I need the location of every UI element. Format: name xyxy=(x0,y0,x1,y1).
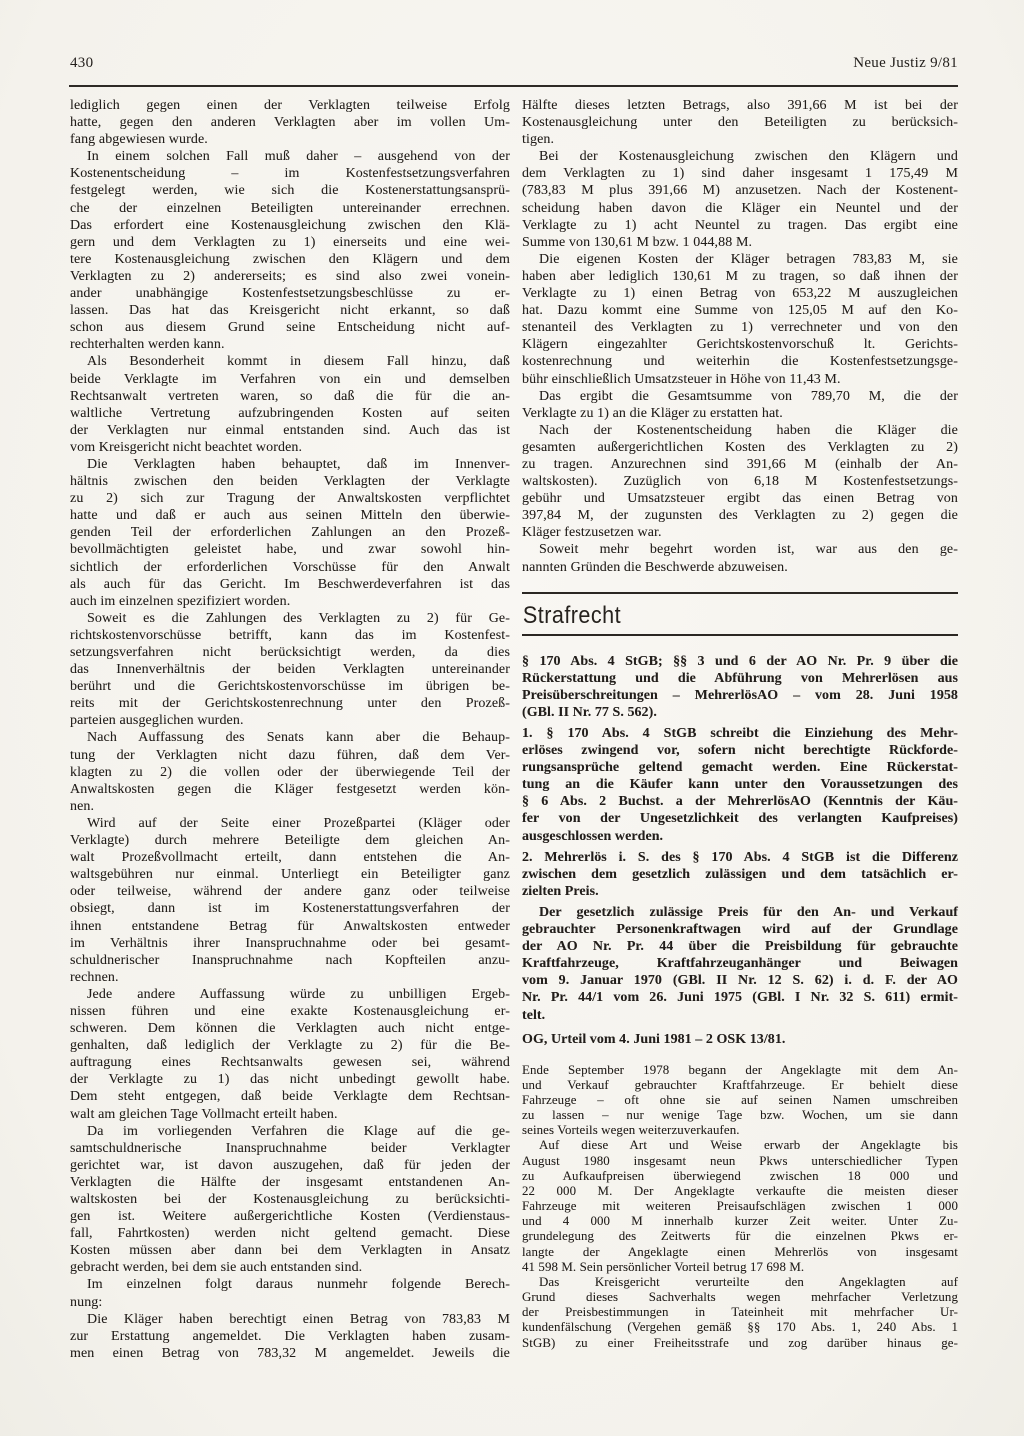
text-line: waltskosten). Zuzüglich von 6,18 M Koste… xyxy=(522,473,958,490)
text-line: tung der Verklagten nicht dazu führen, d… xyxy=(70,747,510,764)
text-line: August 1980 insgesamt neun Pkws untersch… xyxy=(522,1154,958,1169)
paragraph: Das Kreisgericht verurteilte den Angekla… xyxy=(522,1275,958,1351)
text-line: sichtlich der erforderlichen Vorschüsse … xyxy=(70,559,510,576)
paragraph: Wird auf der Seite einer Prozeßpartei (K… xyxy=(70,815,510,986)
text-line: Preisüberschreitungen – MehrerlösAO – vo… xyxy=(522,687,958,704)
text-line: Hälfte dieses letzten Betrags, also 391,… xyxy=(522,97,958,114)
paragraph: Soweit mehr begehrt worden ist, war aus … xyxy=(522,541,958,575)
text-line: waltskosten bei der Kostenausgleichung z… xyxy=(70,1191,510,1208)
text-line: fang abgewiesen wurde. xyxy=(70,131,510,148)
text-line: Rechtsanwalt vertreten waren, so daß die… xyxy=(70,388,510,405)
text-line: zu lassen – nur wenige Tage bzw. Wochen,… xyxy=(522,1108,958,1123)
section-heading: Strafrecht xyxy=(522,594,914,634)
text-line: fer von der Ungesetzlichkeit des verlang… xyxy=(522,810,958,827)
text-line: zur Erstattung angemeldet. Die Verklagte… xyxy=(70,1328,510,1345)
text-line: langte der Angeklagte einen Mehrerlös vo… xyxy=(522,1245,958,1260)
paragraph: Bei der Kostenausgleichung zwischen den … xyxy=(522,148,958,251)
text-line: setzungsverfahren nicht berücksichtigt w… xyxy=(70,644,510,661)
text-line: Verklagte) durch mehrere Beteiligte dem … xyxy=(70,832,510,849)
text-line: im Verhältnis ihrer Inanspruchnahme oder… xyxy=(70,935,510,952)
text-line: vom 9. Januar 1970 (GBl. II Nr. 12 S. 62… xyxy=(522,972,958,989)
text-line: beide Verklagte im Verfahren von ein und… xyxy=(70,371,510,388)
left-column: lediglich gegen einen der Verklagten tei… xyxy=(70,97,510,1362)
paragraph: OG, Urteil vom 4. Juni 1981 – 2 OSK 13/8… xyxy=(522,1031,958,1048)
text-line: bevollmächtigten geleistet habe, und zwa… xyxy=(70,541,510,558)
text-line: rechnen. xyxy=(70,969,510,986)
right-column-top: Hälfte dieses letzten Betrags, also 391,… xyxy=(522,97,958,576)
paragraph: Das ergibt die Gesamtsumme von 789,70 M,… xyxy=(522,388,958,422)
text-line: 2. Mehrerlös i. S. des § 170 Abs. 4 StGB… xyxy=(522,849,958,866)
paragraph: Da im vorliegenden Verfahren die Klage a… xyxy=(70,1123,510,1277)
text-line: § 6 Abs. 2 Buchst. a der MehrerlösAO (Ke… xyxy=(522,793,958,810)
text-line: nannten Gründen die Beschwerde abzuweise… xyxy=(522,559,958,576)
text-line: Anwaltskosten gegen die Kläger festgeset… xyxy=(70,781,510,798)
text-line: Kraftfahrzeuge, Kraftfahrzeuganhänger un… xyxy=(522,955,958,972)
paragraph: lediglich gegen einen der Verklagten tei… xyxy=(70,97,510,148)
text-line: Das ergibt die Gesamtsumme von 789,70 M,… xyxy=(522,388,958,405)
text-line: lediglich gegen einen der Verklagten tei… xyxy=(70,97,510,114)
text-line: tigen. xyxy=(522,131,958,148)
text-line: der AO Nr. Pr. 44 über die Preisbildung … xyxy=(522,938,958,955)
text-line: vom Kreisgericht nicht beachtet worden. xyxy=(70,439,510,456)
text-line: gebühr und Umsatzsteuer ergibt das einen… xyxy=(522,490,958,507)
text-line: bühr einschließlich Umsatzsteuer in Höhe… xyxy=(522,371,958,388)
text-line: 41 598 M. Sein persönlicher Vorteil betr… xyxy=(522,1260,958,1275)
text-line: gebracht werden, bei dem sie auch entsta… xyxy=(70,1259,510,1276)
text-line: StGB) zu einer Freiheitsstrafe und zog d… xyxy=(522,1336,958,1351)
text-line: § 170 Abs. 4 StGB; §§ 3 und 6 der AO Nr.… xyxy=(522,653,958,670)
text-line: Da im vorliegenden Verfahren die Klage a… xyxy=(70,1123,510,1140)
text-line: seines Vorteils wegen weiterzuverkaufen. xyxy=(522,1123,958,1138)
text-line: haben aber lediglich 130,61 M zu tragen,… xyxy=(522,268,958,285)
text-line: Rückerstattung und die Abführung von Meh… xyxy=(522,670,958,687)
text-line: waltsgebühren nur einmal. Unterliegt ein… xyxy=(70,866,510,883)
right-column: Hälfte dieses letzten Betrags, also 391,… xyxy=(522,97,958,1351)
paragraph: Soweit es die Zahlungen des Verklagten z… xyxy=(70,610,510,730)
text-line: Fahrzeuge – oft ohne sie auf seinen Name… xyxy=(522,1093,958,1108)
text-line: ander unabhängige Kostenfestsetzungsbesc… xyxy=(70,285,510,302)
paragraph: § 170 Abs. 4 StGB; §§ 3 und 6 der AO Nr.… xyxy=(522,653,958,721)
text-line: gebrauchter Personenkraftwagen wird auf … xyxy=(522,921,958,938)
text-line: Das Kreisgericht verurteilte den Angekla… xyxy=(522,1275,958,1290)
text-line: Nach der Kostenentscheidung haben die Kl… xyxy=(522,422,958,439)
text-line: auch im einzelnen spezifiziert worden. xyxy=(70,593,510,610)
text-line: lassen. Das hat das Kreisgericht nicht e… xyxy=(70,302,510,319)
text-line: Der gesetzlich zulässige Preis für den A… xyxy=(522,904,958,921)
text-line: grundelegung des Zeitwerts für die einze… xyxy=(522,1229,958,1244)
text-line: genden Teil der erforderlichen Zahlungen… xyxy=(70,524,510,541)
text-line: als auch für das Gericht. Im Beschwerdev… xyxy=(70,576,510,593)
text-line: und 4 000 M innerhalb kurzer Zeit weiter… xyxy=(522,1214,958,1229)
text-line: Die eigenen Kosten der Kläger betragen 7… xyxy=(522,251,958,268)
text-line: Die Verklagten haben behauptet, daß im I… xyxy=(70,456,510,473)
header-rule xyxy=(69,85,958,87)
text-line: Als Besonderheit kommt in diesem Fall hi… xyxy=(70,353,510,370)
text-line: Im einzelnen folgt daraus nunmehr folgen… xyxy=(70,1276,510,1293)
text-line: klagten zu 2) die vollen oder der überwi… xyxy=(70,764,510,781)
text-line: kostenrechnung und weiterhin die Kostenf… xyxy=(522,353,958,370)
text-line: walt Prozeßvollmacht erteilt, dann entst… xyxy=(70,849,510,866)
text-line: Das erfordert eine Kostenausgleichung zw… xyxy=(70,217,510,234)
text-line: Nr. Pr. 44/1 vom 26. Juni 1975 (GBl. I N… xyxy=(522,989,958,1006)
text-line: 22 000 M. Der Angeklagte verkaufte die m… xyxy=(522,1184,958,1199)
text-line: dem Verklagten zu 1) sind daher insgesam… xyxy=(522,165,958,182)
scanned-journal-page: { "header": { "page_number": "430", "jou… xyxy=(0,0,1024,1436)
paragraph: In einem solchen Fall muß daher – ausgeh… xyxy=(70,148,510,353)
text-line: waltliche Vertretung aufzubringenden Kos… xyxy=(70,405,510,422)
text-line: parteien ausgeglichen wurden. xyxy=(70,712,510,729)
paragraph: Die eigenen Kosten der Kläger betragen 7… xyxy=(522,251,958,388)
text-line: das Innenverhältnis der beiden Verklagte… xyxy=(70,661,510,678)
text-line: Kläger festzusetzen war. xyxy=(522,524,958,541)
text-line: che der einzelnen Beteiligten untereinan… xyxy=(70,200,510,217)
text-line: Klägern eingezahlter Gerichtskostenvorsc… xyxy=(522,336,958,353)
text-line: fall, Fahrtkosten) werden nicht geltend … xyxy=(70,1225,510,1242)
text-line: schon aus diesem Grund seine Entscheidun… xyxy=(70,319,510,336)
text-line: OG, Urteil vom 4. Juni 1981 – 2 OSK 13/8… xyxy=(522,1031,958,1048)
text-line: walt am gleichen Tage Vollmacht erteilt … xyxy=(70,1106,510,1123)
text-line: nung: xyxy=(70,1294,510,1311)
text-line: hatte und daß er auch aus seinen Mitteln… xyxy=(70,507,510,524)
paragraph: Nach der Kostenentscheidung haben die Kl… xyxy=(522,422,958,542)
paragraph: Die Kläger haben berechtigt einen Betrag… xyxy=(70,1311,510,1362)
text-line: der Preisbestimmungen in Tateinheit mit … xyxy=(522,1305,958,1320)
text-line: zielten Preis. xyxy=(522,883,958,900)
text-line: tere Kostenausgleichung zwischen den Klä… xyxy=(70,251,510,268)
text-line: gen ist. Weitere außergerichtliche Koste… xyxy=(70,1208,510,1225)
paragraph: 2. Mehrerlös i. S. des § 170 Abs. 4 StGB… xyxy=(522,849,958,900)
text-line: zu 2) sich zur Tragung der Anwaltskosten… xyxy=(70,490,510,507)
text-line: Fahrzeuge mit weiteren Preisaufschlägen … xyxy=(522,1199,958,1214)
text-line: Verklagte zu 1) einen Betrag von 653,22 … xyxy=(522,285,958,302)
text-line: Verklagte zu 1) acht Neuntel zu tragen. … xyxy=(522,217,958,234)
paragraph: Im einzelnen folgt daraus nunmehr folgen… xyxy=(70,1276,510,1310)
text-line: Summe von 130,61 M bzw. 1 044,88 M. xyxy=(522,234,958,251)
text-line: auftragung eines Rechtsanwalts gewesen s… xyxy=(70,1054,510,1071)
text-line: Nach Auffassung des Senats kann aber die… xyxy=(70,729,510,746)
text-line: Grund dieses Sachverhalts wegen mehrfach… xyxy=(522,1290,958,1305)
text-line: ihnen entstandene Betrag für Anwaltskost… xyxy=(70,918,510,935)
text-line: nissen führen und eine exakte Kostenausg… xyxy=(70,1003,510,1020)
text-line: gerichtet war, ist davon auszugehen, daß… xyxy=(70,1157,510,1174)
text-line: stenanteil des Verklagten zu 1) verrechn… xyxy=(522,319,958,336)
text-line: Verklagten zu 2) andererseits; es sind a… xyxy=(70,268,510,285)
text-line: Kosten müssen aber dann bei dem Verklagt… xyxy=(70,1242,510,1259)
text-line: telt. xyxy=(522,1007,958,1024)
text-line: Wird auf der Seite einer Prozeßpartei (K… xyxy=(70,815,510,832)
section-strafrecht: Strafrecht xyxy=(522,592,958,636)
paragraph: Nach Auffassung des Senats kann aber die… xyxy=(70,729,510,814)
paragraph: Jede andere Auffassung würde zu unbillig… xyxy=(70,986,510,1123)
paragraph: Auf diese Art und Weise erwarb der Angek… xyxy=(522,1138,958,1274)
section-rule-bottom xyxy=(522,634,958,636)
text-line: Die Kläger haben berechtigt einen Betrag… xyxy=(70,1311,510,1328)
text-line: Bei der Kostenausgleichung zwischen den … xyxy=(522,148,958,165)
text-line: schweren. Dem können die Verklagten auch… xyxy=(70,1020,510,1037)
text-line: gern und dem Verklagten zu 1) einerseits… xyxy=(70,234,510,251)
text-line: zu tragen. Anzurechnen sind 391,66 M (ei… xyxy=(522,456,958,473)
text-line: tung an die Käufer kann unter den Voraus… xyxy=(522,776,958,793)
text-line: gesamten außergerichtlichen Kosten des V… xyxy=(522,439,958,456)
text-line: hatte, gegen den anderen Verklagten aber… xyxy=(70,114,510,131)
text-line: genhalten, daß lediglich der Verklagte z… xyxy=(70,1037,510,1054)
text-line: reits mit der Gerichtskostenrechnung unt… xyxy=(70,695,510,712)
text-line: obsiegt, dann ist im Kostenerstattungsve… xyxy=(70,900,510,917)
text-line: Kostenausgleichung unter den Beteiligten… xyxy=(522,114,958,131)
text-line: Ende September 1978 begann der Angeklagt… xyxy=(522,1063,958,1078)
text-line: (GBl. II Nr. 77 S. 562). xyxy=(522,704,958,721)
paragraph: 1. § 170 Abs. 4 StGB schreibt die Einzie… xyxy=(522,725,958,845)
text-line: Soweit es die Zahlungen des Verklagten z… xyxy=(70,610,510,627)
text-line: hat. Dazu kommt eine Summe von 125,05 M … xyxy=(522,302,958,319)
paragraph: Die Verklagten haben behauptet, daß im I… xyxy=(70,456,510,610)
right-column-bottom: § 170 Abs. 4 StGB; §§ 3 und 6 der AO Nr.… xyxy=(522,653,958,1351)
text-line: oder teilweise, während der andere ganz … xyxy=(70,883,510,900)
text-line: (783,83 M plus 391,66 M) anzusetzen. Nac… xyxy=(522,182,958,199)
journal-title: Neue Justiz 9/81 xyxy=(853,55,958,72)
text-line: rungsansprüche geltend gemacht werden. E… xyxy=(522,759,958,776)
text-line: hältnis zwischen den beiden Verklagten d… xyxy=(70,473,510,490)
text-line: Verklagte zu 1) an die Kläger zu erstatt… xyxy=(522,405,958,422)
text-line: scheidung haben davon die Kläger ein Neu… xyxy=(522,200,958,217)
text-line: men einen Betrag von 783,32 M angemeldet… xyxy=(70,1345,510,1362)
text-line: schuldnerischer Inanspruchnahme nach Kop… xyxy=(70,952,510,969)
text-line: zu Aufkaufpreisen überwiegend zwischen 1… xyxy=(522,1169,958,1184)
text-line: In einem solchen Fall muß daher – ausgeh… xyxy=(70,148,510,165)
text-line: der Verklagten nur einmal entstanden sin… xyxy=(70,422,510,439)
text-line: Kostenentscheidung – im Kostenfestsetzun… xyxy=(70,165,510,182)
text-line: rechterhalten werden kann. xyxy=(70,336,510,353)
paragraph: Als Besonderheit kommt in diesem Fall hi… xyxy=(70,353,510,456)
text-line: samtschuldnerische Inanspruchnahme beide… xyxy=(70,1140,510,1157)
paragraph: Der gesetzlich zulässige Preis für den A… xyxy=(522,904,958,1024)
text-line: richtskostenvorschüsse betrifft, kann da… xyxy=(70,627,510,644)
text-line: Jede andere Auffassung würde zu unbillig… xyxy=(70,986,510,1003)
text-line: erlöses zwingend vor, sofern nicht berec… xyxy=(522,742,958,759)
page-number: 430 xyxy=(70,55,93,72)
text-line: ausgeschlossen werden. xyxy=(522,828,958,845)
text-line: zwischen dem gesetzlich zulässigen und d… xyxy=(522,866,958,883)
text-line: nen. xyxy=(70,798,510,815)
text-line: und Verkauf gebrauchter Kraftfahrzeuge. … xyxy=(522,1078,958,1093)
text-line: kundenfälschung (Vergehen gemäß §§ 170 A… xyxy=(522,1320,958,1335)
text-line: 397,84 M, der zugunsten des Verklagten z… xyxy=(522,507,958,524)
paragraph: Hälfte dieses letzten Betrags, also 391,… xyxy=(522,97,958,148)
text-line: berührt und die Gerichtskostenvorschüsse… xyxy=(70,678,510,695)
text-line: Verklagten die Hälfte der insgesamt ents… xyxy=(70,1174,510,1191)
text-line: Dem steht entgegen, daß beide Verklagte … xyxy=(70,1088,510,1105)
text-line: festgelegt werden, wie sich die Kostener… xyxy=(70,182,510,199)
text-line: Auf diese Art und Weise erwarb der Angek… xyxy=(522,1138,958,1153)
text-line: 1. § 170 Abs. 4 StGB schreibt die Einzie… xyxy=(522,725,958,742)
paragraph: Ende September 1978 begann der Angeklagt… xyxy=(522,1063,958,1139)
text-line: Soweit mehr begehrt worden ist, war aus … xyxy=(522,541,958,558)
text-line: der Verklagte zu 1) das nicht unbedingt … xyxy=(70,1071,510,1088)
